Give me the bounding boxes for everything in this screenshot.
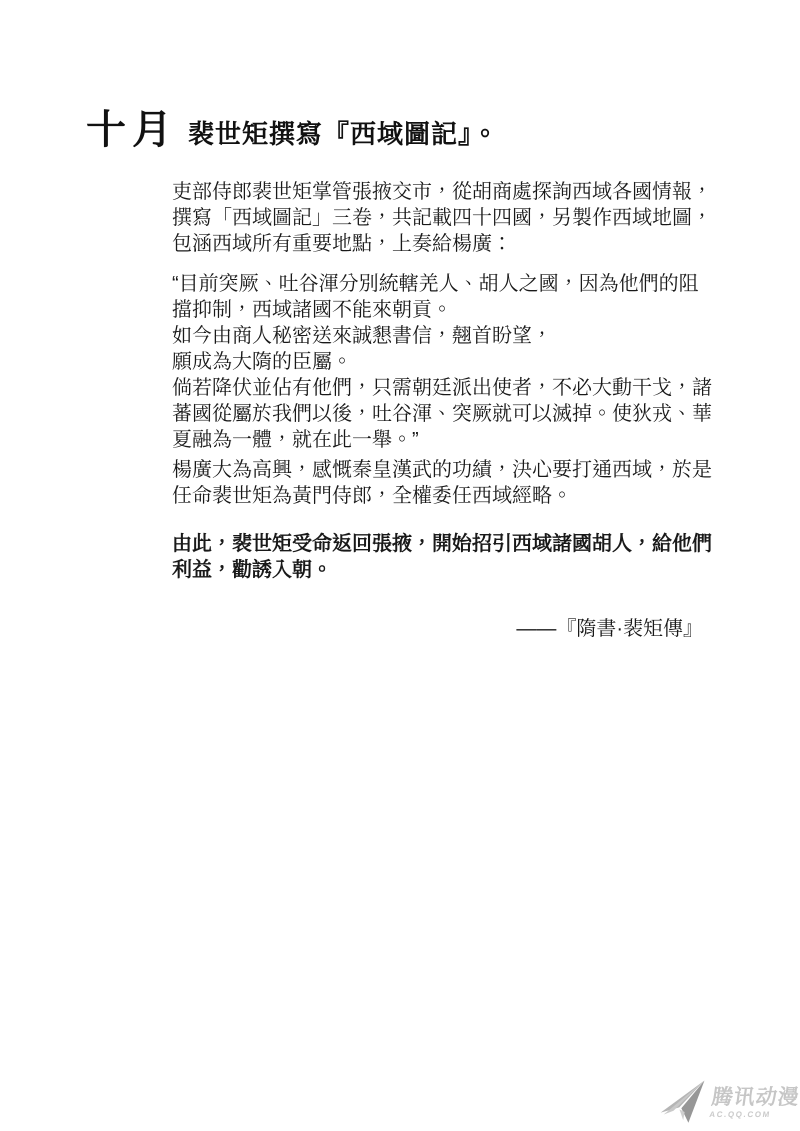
watermark-brand: 腾讯动漫: [710, 1087, 800, 1109]
source-citation: ——『隋書·裴矩傳』: [516, 616, 703, 642]
event-subtitle: 裴世矩撰寫『西域圖記』。: [188, 121, 499, 147]
paragraph-emperor-reaction: 楊廣大為高興，感慨秦皇漢武的功績，決心要打通西域，於是 任命裴世矩為黃門侍郎，全…: [172, 457, 732, 509]
paper-plane-icon: [659, 1080, 710, 1125]
watermark-site: AC.QQ.COM: [709, 1110, 798, 1119]
watermark-text-column: 腾讯动漫 AC.QQ.COM: [709, 1087, 800, 1119]
page-header: 十月 裴世矩撰寫『西域圖記』。: [86, 110, 499, 150]
manga-text-page: 十月 裴世矩撰寫『西域圖記』。 吏部侍郎裴世矩掌管張掖交市，從胡商處探詢西域各國…: [0, 0, 800, 1131]
publisher-watermark: 腾讯动漫 AC.QQ.COM: [660, 1082, 799, 1124]
paragraph-intro: 吏部侍郎裴世矩掌管張掖交市，從胡商處探詢西域各國情報， 撰寫「西域圖記」三卷，共…: [172, 179, 732, 257]
paragraph-memorial-quote: “目前突厥、吐谷渾分別統轄羌人、胡人之國，因為他們的阻 擋抑制，西域諸國不能來朝…: [172, 271, 732, 453]
paragraph-conclusion: 由此，裴世矩受命返回張掖，開始招引西域諸國胡人，給他們 利益，勸誘入朝。: [172, 531, 732, 583]
month-title: 十月: [86, 110, 178, 150]
